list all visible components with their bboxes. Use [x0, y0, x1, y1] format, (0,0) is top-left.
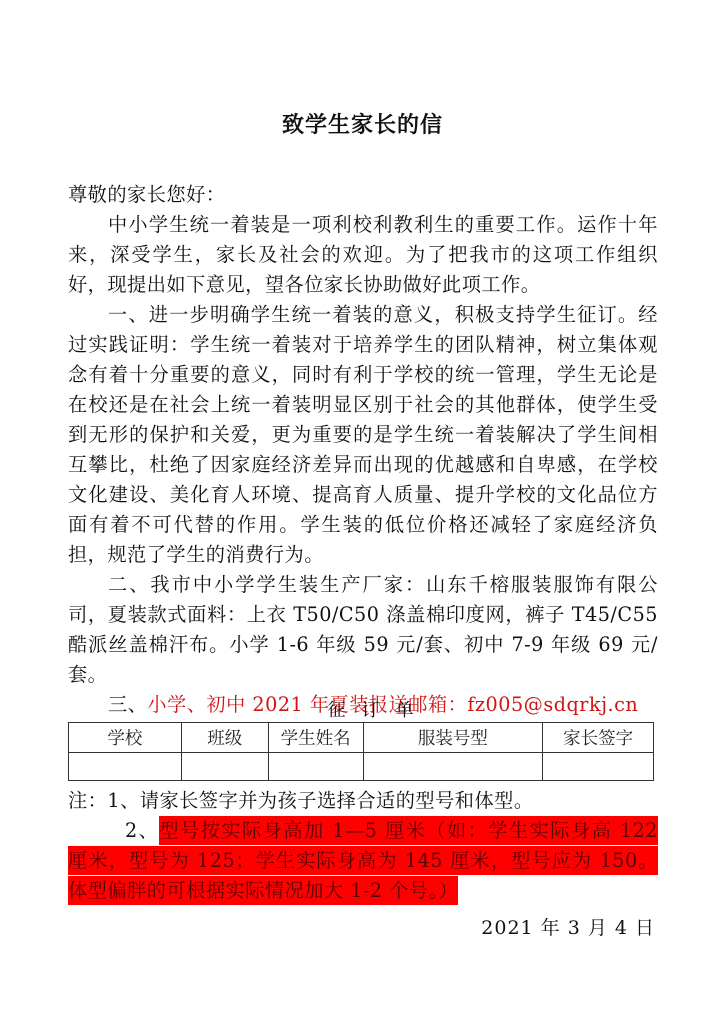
order-form-title: 征订单 — [0, 696, 725, 722]
cell-parent-signature[interactable] — [543, 753, 654, 781]
intro-paragraph: 中小学生统一着装是一项利校利教利生的重要工作。运作十年来，深受学生，家长及社会的… — [68, 210, 658, 300]
cell-school[interactable] — [69, 753, 182, 781]
letter-page: 致学生家长的信 尊敬的家长您好： 中小学生统一着装是一项利校利教利生的重要工作。… — [0, 0, 725, 1024]
column-header-student-name: 学生姓名 — [268, 723, 363, 753]
letter-body: 尊敬的家长您好： 中小学生统一着装是一项利校利教利生的重要工作。运作十年来，深受… — [68, 180, 658, 720]
table-row — [69, 753, 654, 781]
point-1-paragraph: 一、进一步明确学生统一着装的意义，积极支持学生征订。经过实践证明：学生统一着装对… — [68, 300, 658, 570]
column-header-school: 学校 — [69, 723, 182, 753]
salutation: 尊敬的家长您好： — [68, 180, 658, 210]
order-form-table: 学校 班级 学生姓名 服装号型 家长签字 — [68, 722, 654, 781]
point-2-paragraph: 二、我市中小学学生装生产厂家：山东千榕服装服饰有限公司，夏装款式面料：上衣 T5… — [68, 570, 658, 690]
cell-student-name[interactable] — [268, 753, 363, 781]
note-2-prefix: 2、 — [125, 819, 159, 842]
page-title: 致学生家长的信 — [0, 108, 725, 139]
column-header-class: 班级 — [181, 723, 268, 753]
cell-uniform-size[interactable] — [363, 753, 543, 781]
cell-class[interactable] — [181, 753, 268, 781]
table-header-row: 学校 班级 学生姓名 服装号型 家长签字 — [69, 723, 654, 753]
column-header-parent-signature: 家长签字 — [543, 723, 654, 753]
note-1: 注：1、请家长签字并为孩子选择合适的型号和体型。 — [68, 786, 658, 816]
notes-section: 注：1、请家长签字并为孩子选择合适的型号和体型。 2、型号按实际身高加 1—5 … — [68, 786, 658, 906]
column-header-uniform-size: 服装号型 — [363, 723, 543, 753]
note-2: 2、型号按实际身高加 1—5 厘米（如：学生实际身高 122 厘米，型号为 12… — [68, 816, 658, 906]
letter-date: 2021 年 3 月 4 日 — [481, 913, 655, 940]
